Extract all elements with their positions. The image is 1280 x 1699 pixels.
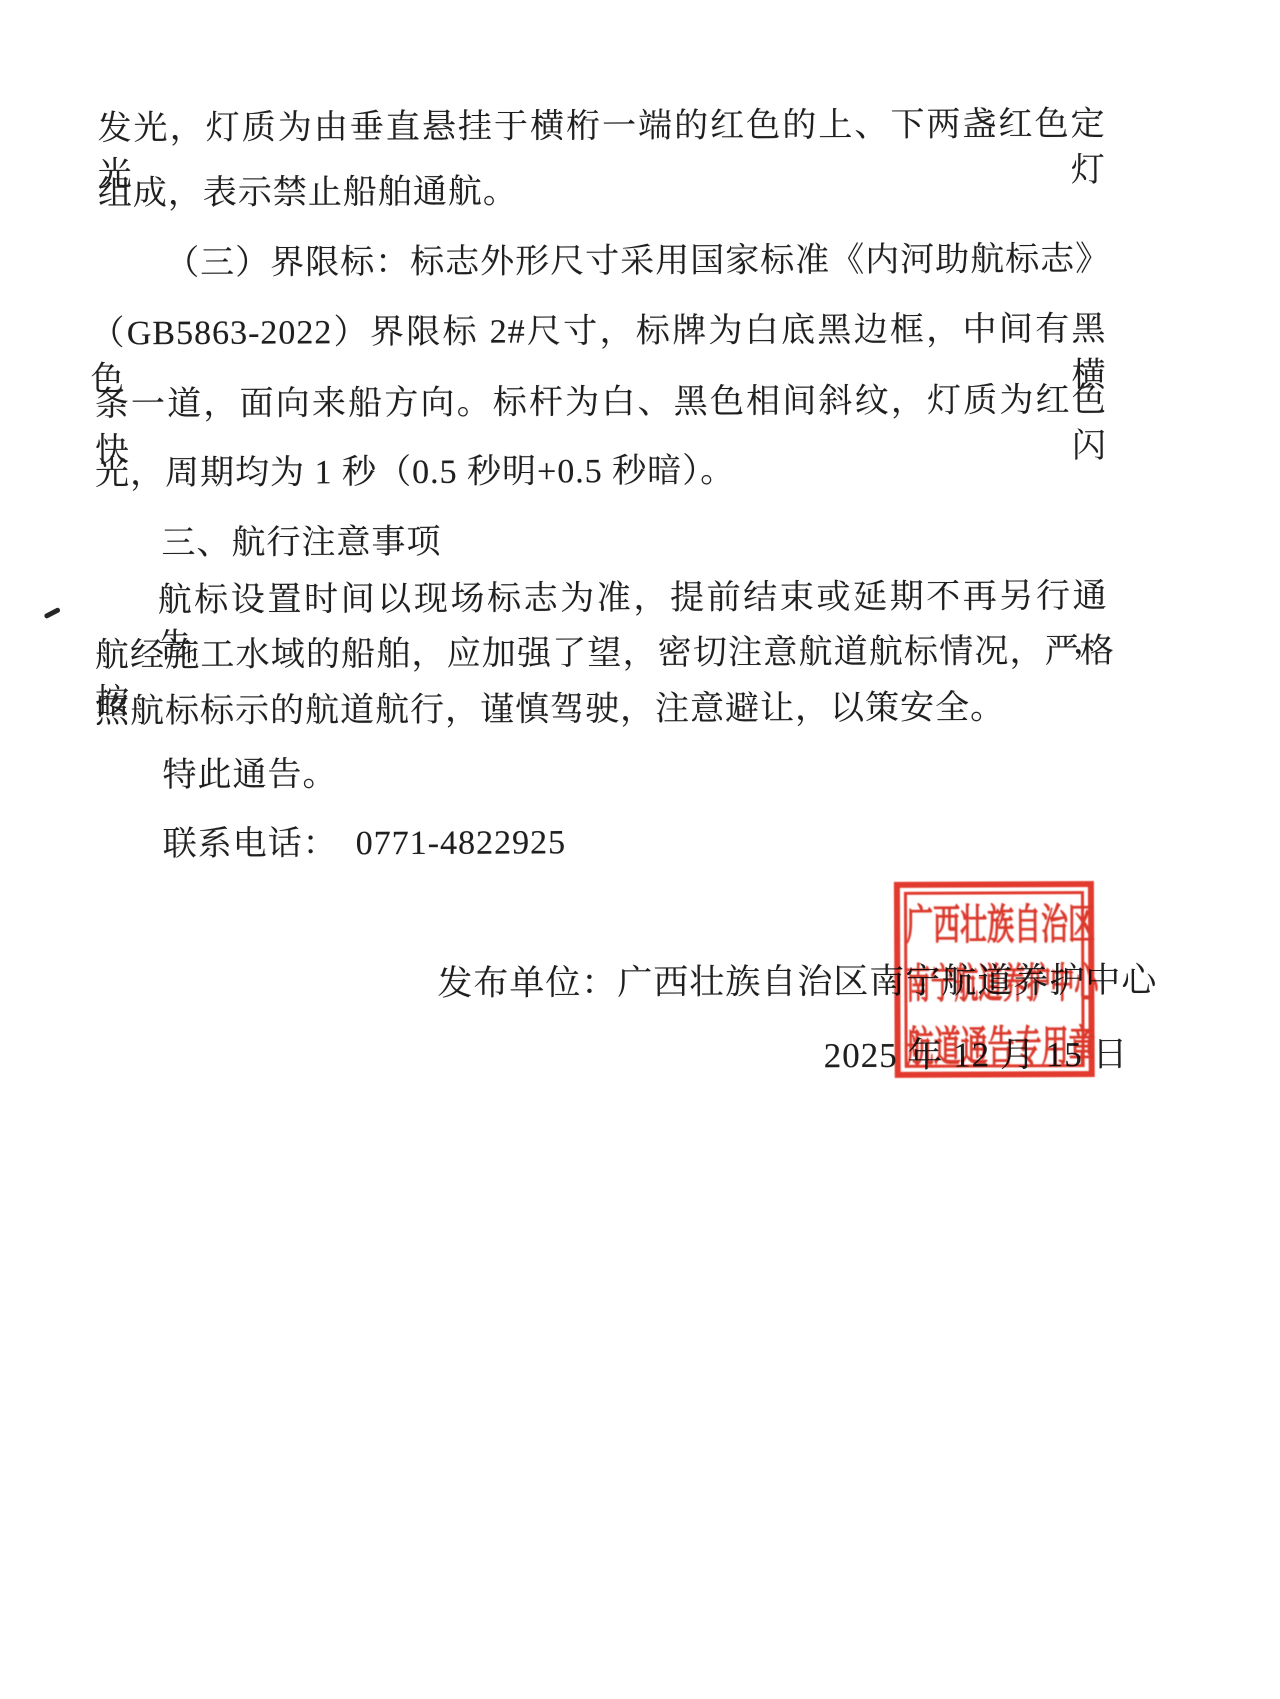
official-stamp: 广西壮族自治区 南宁航道养护中心 航道通告专用章 (894, 881, 1095, 1078)
stamp-line-1: 广西壮族自治区 (906, 905, 1082, 948)
doc-line: 照航标标示的航道航行，谨慎驾驶，注意避让，以策安全。 (95, 685, 1005, 735)
doc-line: 组成，表示禁止船舶通航。 (98, 170, 518, 218)
closing-line: 特此通告。 (162, 752, 337, 799)
document-page: 发光，灯质为由垂直悬挂于横桁一端的红色的上、下两盏红色定光灯 组成，表示禁止船舶… (0, 0, 1280, 1699)
stamp-line-2: 南宁航道养护中心 (906, 965, 1082, 1007)
doc-line: （三）界限标：标志外形尺寸采用国家标准《内河助航标志》 (165, 237, 1110, 287)
stray-ink-mark (44, 607, 61, 619)
section-heading: 三、航行注意事项 (161, 520, 441, 567)
stamp-line-3: 航道通告专用章 (907, 1027, 1083, 1070)
contact-phone-line: 联系电话： 0771-4822925 (163, 820, 567, 868)
doc-line: 光，周期均为 1 秒（0.5 秒明+0.5 秒暗）。 (95, 449, 735, 498)
